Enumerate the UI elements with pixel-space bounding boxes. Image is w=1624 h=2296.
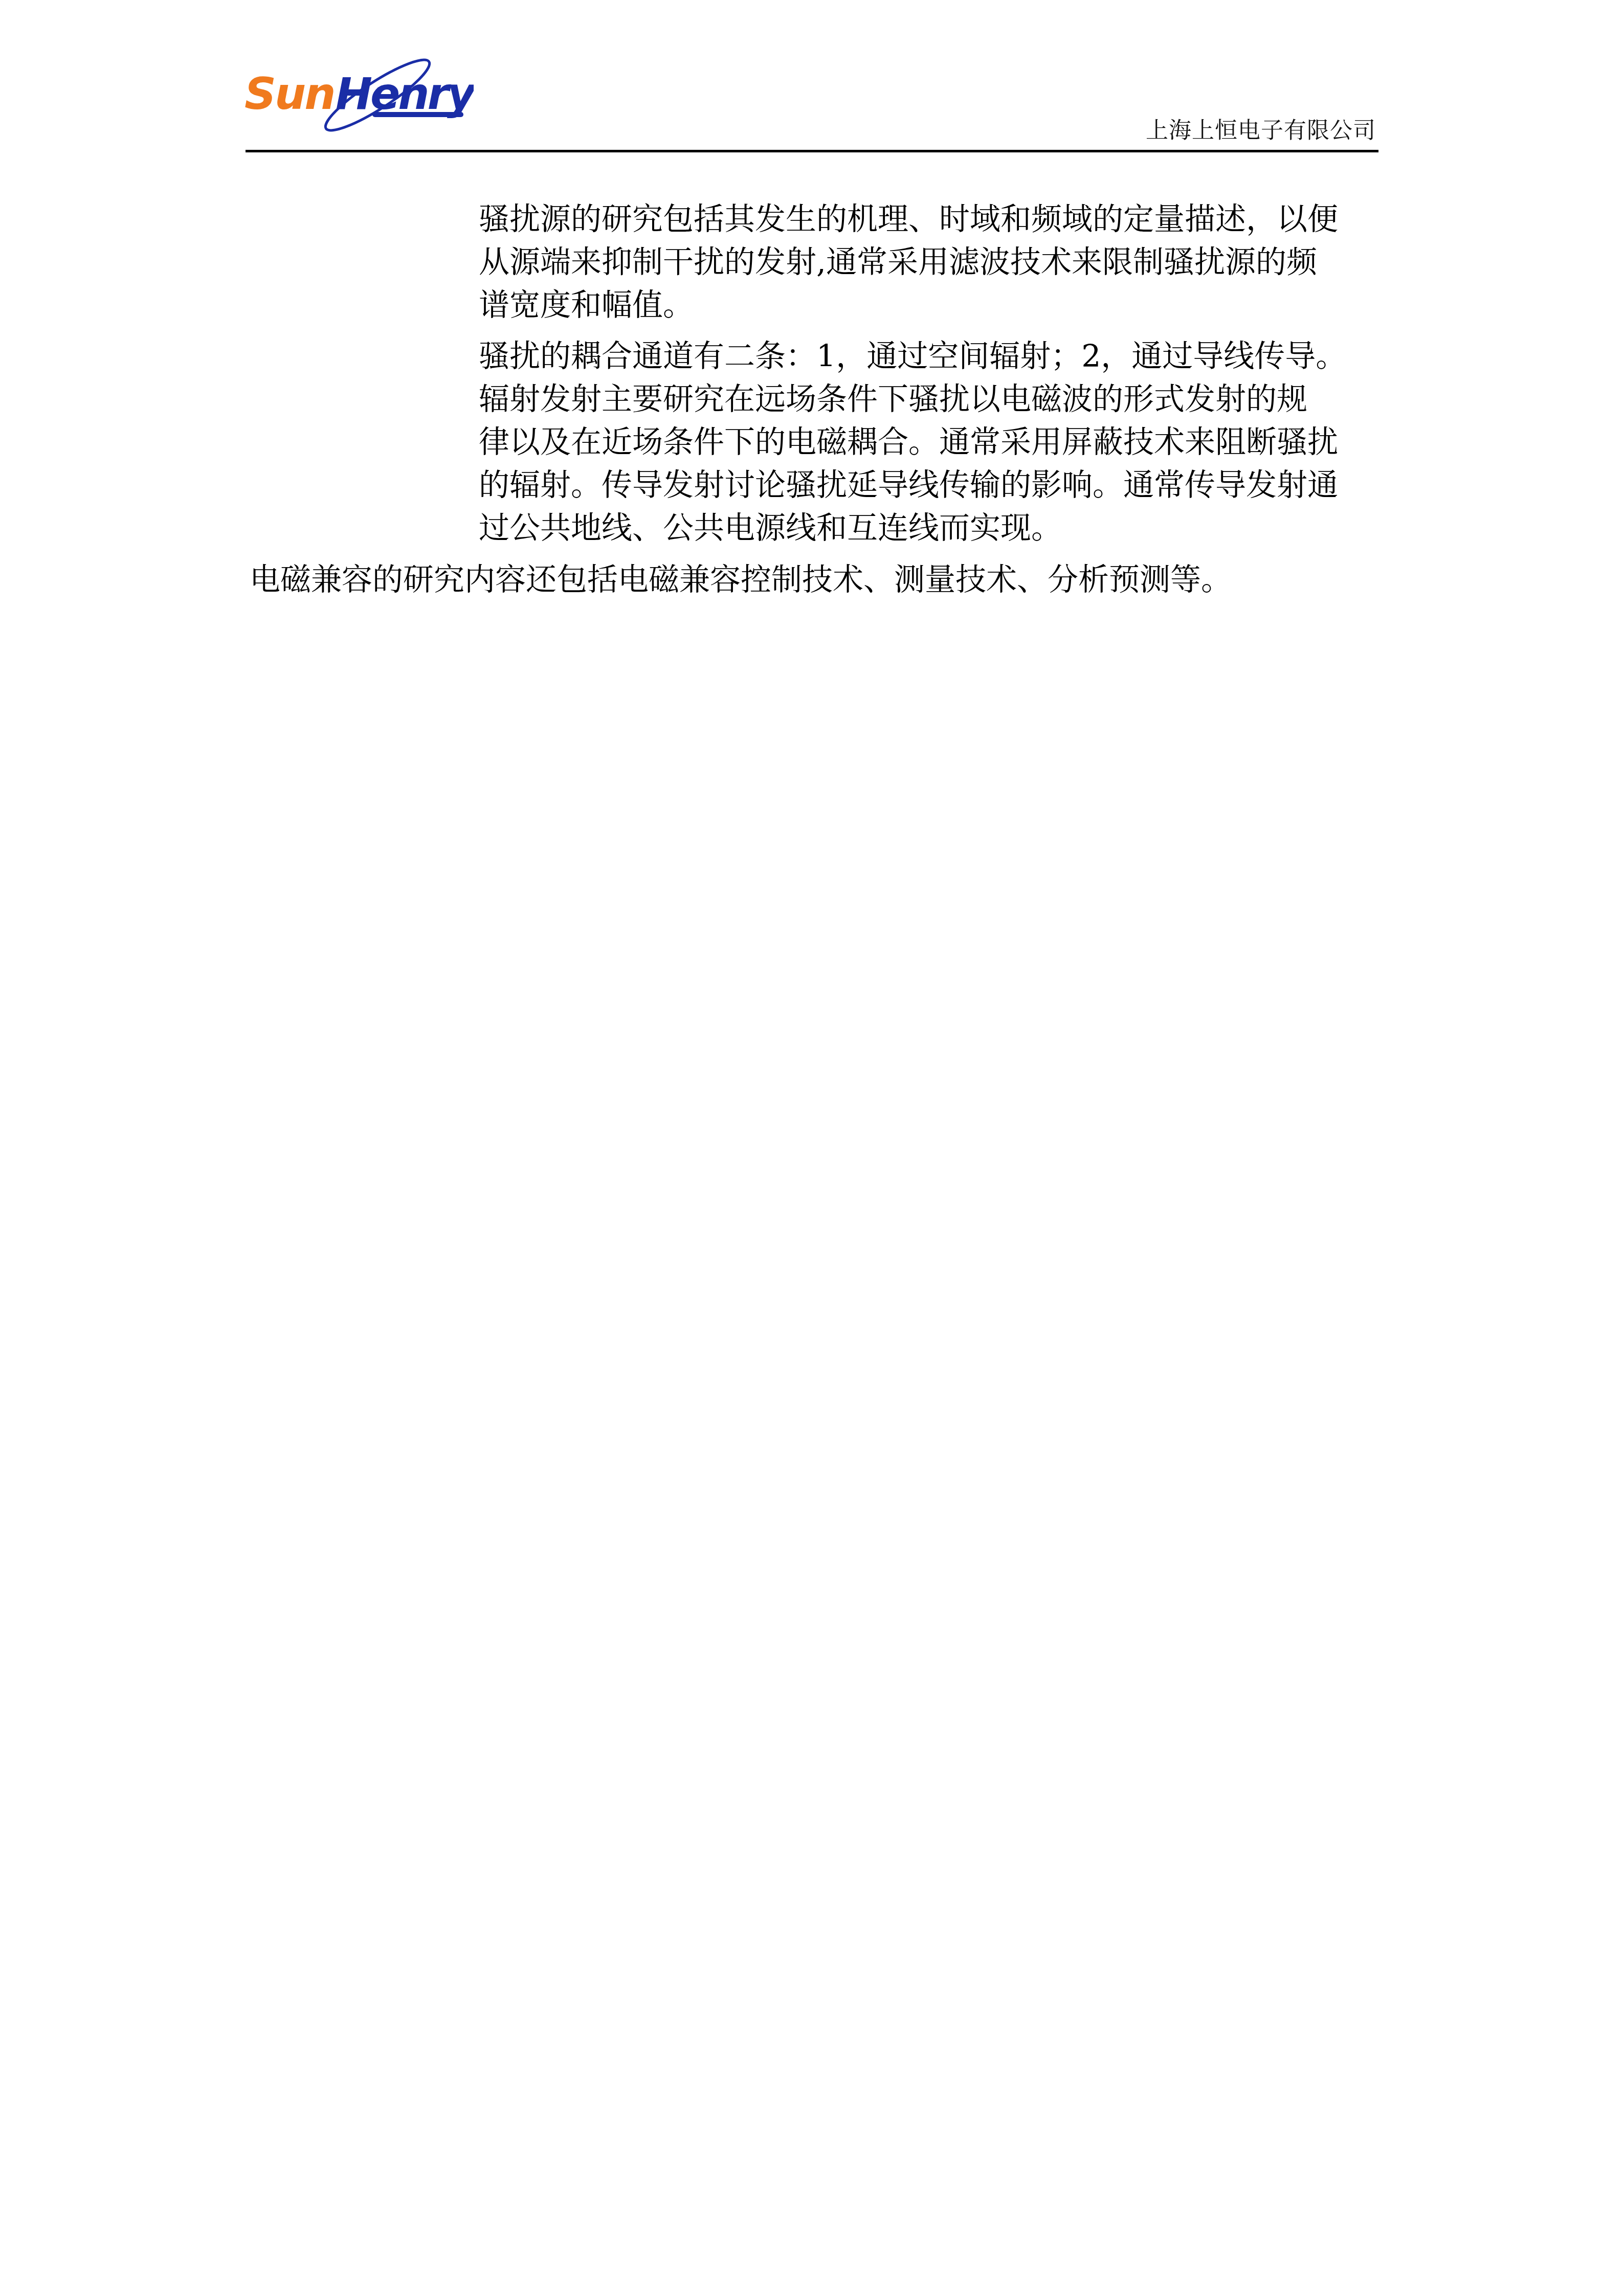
header-rule [246, 150, 1378, 152]
text-line: 电磁兼容的研究内容还包括电磁兼容控制技术、测量技术、分析预测等。 [250, 558, 1380, 601]
logo-graphic: Sun Henry [243, 55, 474, 134]
logo-henry-text: Henry [336, 69, 474, 120]
text-line: 律以及在近场条件下的电磁耦合。通常采用屏蔽技术来阻断骚扰 [479, 421, 1379, 464]
text-line: 骚扰源的研究包括其发生的机理、时域和频域的定量描述，以便 [479, 198, 1379, 241]
text-line: 谱宽度和幅值。 [479, 284, 1379, 327]
text-line: 辐射发射主要研究在远场条件下骚扰以电磁波的形式发射的规 [479, 378, 1379, 421]
paragraph-disturbance-source: 骚扰源的研究包括其发生的机理、时域和频域的定量描述，以便 从源端来抑制干扰的发射… [479, 198, 1379, 327]
paragraph-emc-research: 电磁兼容的研究内容还包括电磁兼容控制技术、测量技术、分析预测等。 [250, 558, 1380, 601]
company-name: 上海上恒电子有限公司 [1146, 117, 1376, 145]
text-line: 骚扰的耦合通道有二条：1，通过空间辐射；2，通过导线传导。 [479, 335, 1379, 378]
sunhenry-logo: Sun Henry [243, 55, 474, 134]
logo-sun-text: Sun [244, 69, 334, 120]
paragraph-coupling-channels: 骚扰的耦合通道有二条：1，通过空间辐射；2，通过导线传导。 辐射发射主要研究在远… [479, 335, 1379, 550]
text-line: 过公共地线、公共电源线和互连线而实现。 [479, 507, 1379, 550]
document-page: Sun Henry 上海上恒电子有限公司 骚扰源的研究包括其发生的机理、时域和频… [0, 0, 1624, 2296]
text-line: 从源端来抑制干扰的发射,通常采用滤波技术来限制骚扰源的频 [479, 241, 1379, 284]
text-line: 的辐射。传导发射讨论骚扰延导线传输的影响。通常传导发射通 [479, 464, 1379, 507]
